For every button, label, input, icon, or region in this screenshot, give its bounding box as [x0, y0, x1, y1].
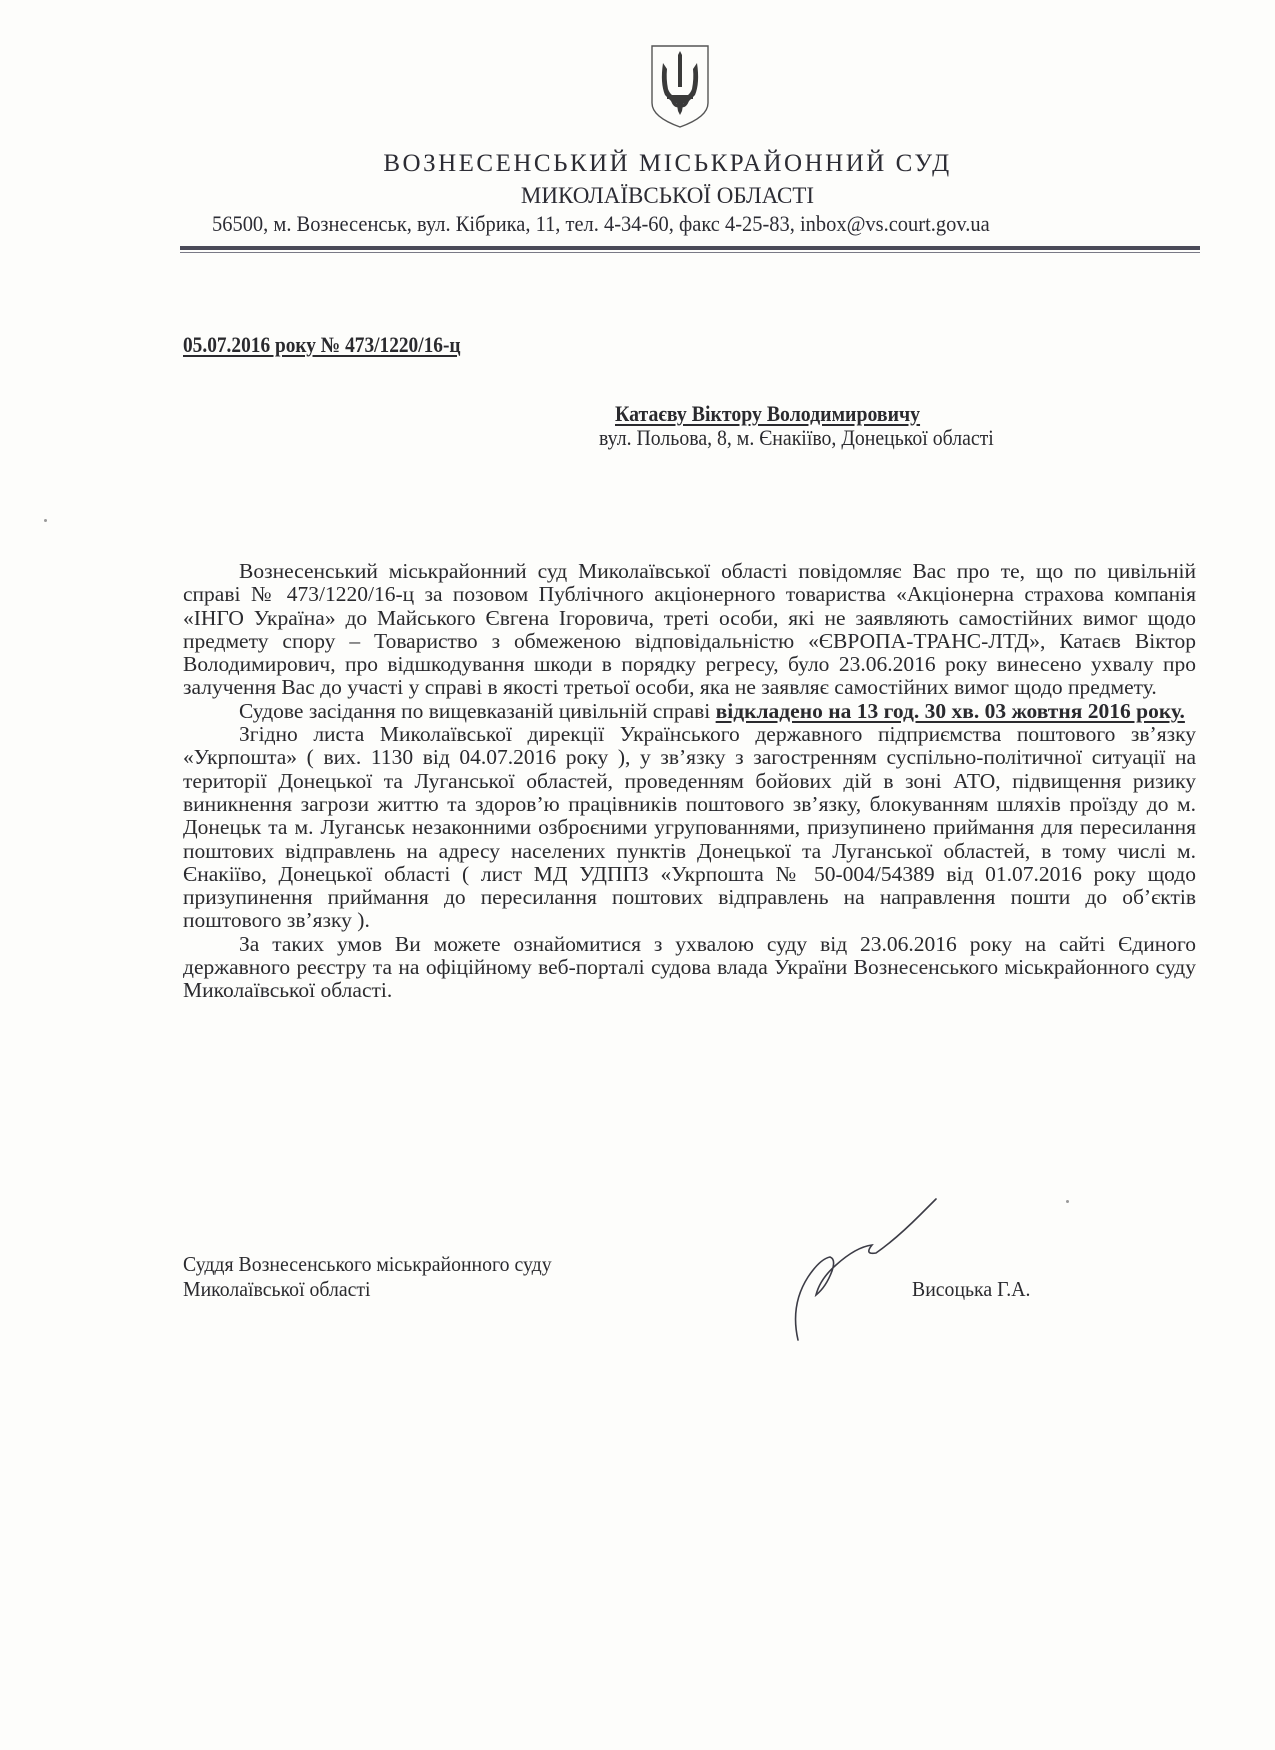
addressee-address: вул. Польова, 8, м. Єнакіїво, Донецької … — [599, 425, 994, 451]
ukraine-trident-emblem-icon — [649, 43, 711, 129]
court-region: МИКОЛАЇВСЬКОЇ ОБЛАСТІ — [0, 183, 1275, 209]
document-reference: 05.07.2016 року № 473/1220/16-ц — [183, 332, 461, 358]
paragraph-notification: Вознесенський міськрайонний суд Миколаїв… — [183, 560, 1196, 700]
paragraph-registry-info: За таких умов Ви можете ознайомитися з у… — [183, 933, 1196, 1003]
paragraph-hearing: Судове засідання по вищевказаній цивільн… — [183, 700, 1196, 723]
scan-speck — [1066, 1200, 1069, 1203]
paragraph-postal-suspension: Згідно листа Миколаївської дирекції Укра… — [183, 723, 1196, 933]
judge-title: Суддя Вознесенського міськрайонного суду… — [183, 1252, 552, 1302]
addressee-name: Катаєву Віктору Володимировичу — [615, 401, 920, 427]
hearing-date: відкладено на 13 год. 30 хв. 03 жовтня 2… — [716, 699, 1185, 723]
judge-name: Висоцька Г.А. — [912, 1277, 1030, 1302]
header-divider-thin — [180, 252, 1200, 253]
handwritten-signature-icon — [780, 1195, 980, 1345]
letter-body: Вознесенський міськрайонний суд Миколаїв… — [183, 560, 1196, 1003]
judge-title-line-1: Суддя Вознесенського міськрайонного суду — [183, 1252, 552, 1277]
header-divider — [180, 246, 1200, 250]
judge-title-line-2: Миколаївської області — [183, 1277, 552, 1302]
hearing-text: Судове засідання по вищевказаній цивільн… — [239, 699, 716, 723]
court-contact-address: 56500, м. Вознесенськ, вул. Кібрика, 11,… — [212, 211, 990, 237]
court-name: ВОЗНЕСЕНСЬКИЙ МІСЬКРАЙОННИЙ СУД — [0, 150, 1275, 178]
scan-speck — [44, 519, 47, 522]
